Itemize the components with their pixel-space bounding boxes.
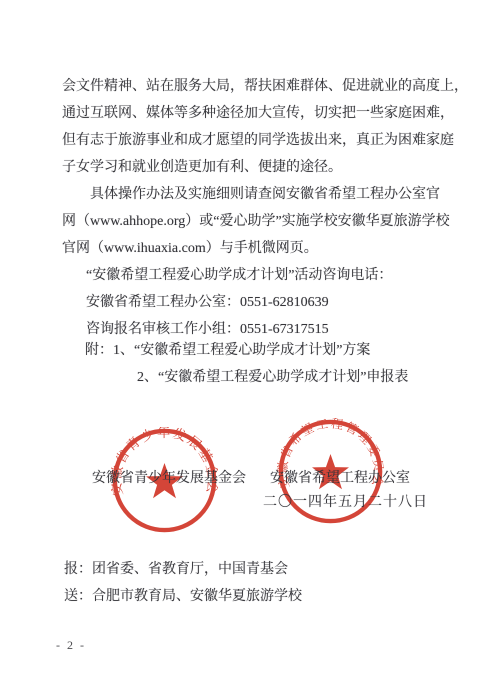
distribution-report-line: 报：团省委、省教育厅，中国青基会 xyxy=(64,556,302,583)
paragraph-line: 具体操作办法及实施细则请查阅安徽省希望工程办公室官 xyxy=(62,181,447,208)
attachment-item: 附：1、“安徽希望工程爱心助学成才计划”方案 xyxy=(85,337,408,364)
attachments-label: 附： xyxy=(85,343,113,358)
paragraph-line: 但有志于旅游事业和成才愿望的同学选拔出来，真正为困难家庭 xyxy=(62,127,447,154)
attachments-block: 附：1、“安徽希望工程爱心助学成才计划”方案 2、“安徽希望工程爱心助学成才计划… xyxy=(85,337,408,391)
contact-line: “安徽希望工程爱心助学成才计划”活动咨询电话： xyxy=(62,262,447,289)
page-number: - 2 - xyxy=(56,638,86,653)
paragraph-line: 官网（www.ihuaxia.com）与手机微网页。 xyxy=(62,235,447,262)
signature-date: 二〇一四年五月二十八日 xyxy=(263,491,428,511)
document-page: 会文件精神、站在服务大局，帮扶困难群体、促进就业的高度上， 通过互联网、媒体等多… xyxy=(0,0,500,700)
paragraph-line: 会文件精神、站在服务大局，帮扶困难群体、促进就业的高度上， xyxy=(62,73,447,100)
signature-right-org: 安徽省希望工程办公室 xyxy=(270,467,410,487)
distribution-send-line: 送：合肥市教育局、安徽华夏旅游学校 xyxy=(64,583,302,610)
paragraph-line: 通过互联网、媒体等多种途径加大宣传，切实把一些家庭困难， xyxy=(62,100,447,127)
body-text: 会文件精神、站在服务大局，帮扶困难群体、促进就业的高度上， 通过互联网、媒体等多… xyxy=(62,73,447,343)
contact-phone-line: 安徽省希望工程办公室：0551-62810639 xyxy=(62,289,447,316)
paragraph-line: 网（www.ahhope.org）或“爱心助学”实施学校安徽华夏旅游学校 xyxy=(62,208,447,235)
attachment-item-1: 1、“安徽希望工程爱心助学成才计划”方案 xyxy=(113,343,370,358)
paragraph-line: 子女学习和就业创造更加有利、便捷的途径。 xyxy=(62,154,447,181)
attachment-item-2: 2、“安徽希望工程爱心助学成才计划”申报表 xyxy=(137,364,408,391)
distribution-block: 报：团省委、省教育厅，中国青基会 送：合肥市教育局、安徽华夏旅游学校 xyxy=(64,556,302,610)
signature-left-org: 安徽省青少年发展基金会 xyxy=(92,467,246,487)
